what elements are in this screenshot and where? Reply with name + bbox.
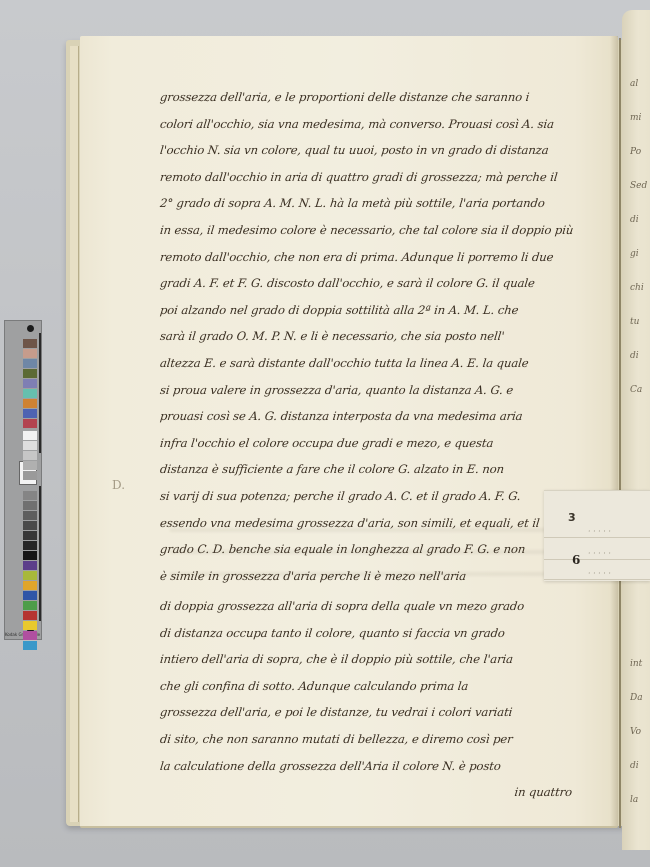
color-swatch <box>23 409 37 418</box>
color-swatch <box>23 359 37 368</box>
facing-page-fragment: Po <box>630 138 650 166</box>
color-swatch <box>23 631 37 640</box>
slip-number: 3 <box>568 511 576 524</box>
manuscript-line: grossezza dell'aria, e le proportioni de… <box>159 84 602 111</box>
facing-page-fragment: di <box>630 342 650 370</box>
swatch-label <box>7 511 21 520</box>
manuscript-line: poi alzando nel grado di doppia sottilit… <box>159 297 602 324</box>
swatch-label <box>7 551 21 560</box>
facing-page-fragment: Sed <box>630 172 650 200</box>
slip-rule <box>544 559 650 560</box>
manuscript-line: l'occhio N. sia vn colore, qual tu uuoi,… <box>159 137 602 164</box>
manuscript-line: sarà il grado O. M. P. N. e li è necessa… <box>159 323 602 350</box>
color-swatch <box>23 551 37 560</box>
swatch-label <box>7 561 21 570</box>
target-hole-top <box>27 325 34 332</box>
manuscript-line: si proua valere in grossezza d'aria, qua… <box>159 377 602 404</box>
swatch-label <box>7 621 21 630</box>
manuscript-line: essendo vna medesima grossezza d'aria, s… <box>159 510 602 537</box>
swatch-label <box>7 541 21 550</box>
swatch-label <box>7 581 21 590</box>
text-block-lower: di doppia grossezza all'aria di sopra de… <box>160 593 600 806</box>
facing-page-fragment: Da <box>630 684 650 712</box>
manuscript-line: intiero dell'aria di sopra, che è il dop… <box>159 646 602 673</box>
swatch-label <box>7 441 21 450</box>
manuscript-line: gradi A. F. et F. G. discosto dall'occhi… <box>159 270 602 297</box>
facing-page-fragment: la <box>630 786 650 814</box>
swatch-label <box>7 601 21 610</box>
facing-page-fragment: di <box>630 206 650 234</box>
color-swatch <box>23 419 37 428</box>
swatch-label <box>7 591 21 600</box>
color-calibration-target: Kodak Gray Scale <box>4 320 42 640</box>
swatch-label <box>7 451 21 460</box>
swatch-label <box>7 571 21 580</box>
manuscript-line: 2° grado di sopra A. M. N. L. hà la metà… <box>159 190 602 217</box>
color-swatch <box>23 349 37 358</box>
color-swatch <box>23 591 37 600</box>
color-swatch <box>23 369 37 378</box>
swatch-label <box>7 491 21 500</box>
swatch-label <box>7 369 21 378</box>
color-swatch <box>23 431 37 440</box>
color-swatch <box>23 601 37 610</box>
color-swatch <box>23 561 37 570</box>
swatch-label <box>7 641 21 650</box>
manuscript-line: distanza è sufficiente a fare che il col… <box>159 456 602 483</box>
slip-rule <box>544 537 650 538</box>
slip-rule <box>544 579 650 580</box>
manuscript-line: in essa, il medesimo colore è necessario… <box>159 217 602 244</box>
color-swatch <box>23 441 37 450</box>
color-swatch <box>23 399 37 408</box>
facing-page-fragment: gi <box>630 240 650 268</box>
color-swatch <box>23 531 37 540</box>
facing-page-fragment: di <box>630 752 650 780</box>
swatch-label <box>7 501 21 510</box>
color-swatch <box>23 621 37 630</box>
color-swatch <box>23 339 37 348</box>
swatch-label <box>7 611 21 620</box>
slip-text-line: · · · · · <box>588 549 611 558</box>
manuscript-line: di doppia grossezza all'aria di sopra de… <box>159 593 602 620</box>
manuscript-line: infra l'occhio el colore occupa due grad… <box>159 430 602 457</box>
manuscript-line: la calculatione della grossezza dell'Ari… <box>159 753 602 780</box>
swatch-label <box>7 431 21 440</box>
facing-page-fragment: int <box>630 650 650 678</box>
manuscript-line: grado C. D. benche sia equale in longhez… <box>159 536 602 563</box>
color-swatch <box>23 511 37 520</box>
color-swatch <box>23 541 37 550</box>
color-swatch <box>23 521 37 530</box>
manuscript-line: di distanza occupa tanto il colore, quan… <box>159 620 602 647</box>
swatch-label <box>7 349 21 358</box>
swatch-label <box>7 399 21 408</box>
manuscript-line: colori all'occhio, sia vna medesima, mà … <box>159 111 602 138</box>
inserted-paper-slip: 3 6 · · · · · · · · · · · · · · · <box>544 490 650 581</box>
margin-mark: D. <box>112 478 125 492</box>
swatch-label <box>7 471 21 480</box>
facing-page-fragment: chi <box>630 274 650 302</box>
manuscript-line: che gli confina di sotto. Adunque calcul… <box>159 673 602 700</box>
swatch-label <box>7 379 21 388</box>
color-swatch <box>23 501 37 510</box>
facing-page-fragment: Ca <box>630 376 650 404</box>
color-swatch <box>23 451 37 460</box>
swatch-label <box>7 419 21 428</box>
facing-page-fragment: al <box>630 70 650 98</box>
manuscript-line: è simile in grossezza d'aria perche li è… <box>159 563 602 590</box>
color-swatch <box>23 491 37 500</box>
swatch-label <box>7 389 21 398</box>
text-block-upper: grossezza dell'aria, e le proportioni de… <box>160 84 600 589</box>
color-swatch <box>23 389 37 398</box>
manuscript-line: remoto dall'occhio, che non era di prima… <box>159 244 602 271</box>
manuscript-line: altezza E. e sarà distante dall'occhio t… <box>159 350 602 377</box>
slip-text-line: · · · · · <box>588 569 611 578</box>
swatch-label <box>7 631 21 640</box>
manuscript-line: di sito, che non saranno mutati di belle… <box>159 726 602 753</box>
facing-page-fragment: Vo <box>630 718 650 746</box>
facing-page-fragment: mi <box>630 104 650 132</box>
manuscript-line: prouasi così se A. G. distanza interpost… <box>159 403 602 430</box>
facing-page-fragment: tu <box>630 308 650 336</box>
slip-mark: 6 <box>572 553 580 567</box>
page-edge <box>74 46 79 822</box>
color-swatch <box>23 379 37 388</box>
swatch-label <box>7 461 21 470</box>
catchword: in quattro <box>159 779 602 806</box>
swatch-label <box>7 409 21 418</box>
color-swatch <box>23 581 37 590</box>
swatch-label <box>7 531 21 540</box>
swatch-label <box>7 339 21 348</box>
swatch-label <box>7 359 21 368</box>
manuscript-line: si varij di sua potenza; perche il grado… <box>159 483 602 510</box>
color-swatch <box>23 461 37 470</box>
gutter-line <box>619 38 621 828</box>
color-swatch <box>23 611 37 620</box>
target-bar <box>39 333 41 453</box>
manuscript-line: remoto dall'occhio in aria di quattro gr… <box>159 164 602 191</box>
target-bar <box>39 486 41 621</box>
color-swatch <box>23 641 37 650</box>
manuscript-line: grossezza dell'aria, e poi le distanze, … <box>159 699 602 726</box>
slip-text-line: · · · · · <box>588 527 611 536</box>
swatch-label <box>7 521 21 530</box>
color-swatch <box>23 571 37 580</box>
color-swatch <box>23 471 37 480</box>
